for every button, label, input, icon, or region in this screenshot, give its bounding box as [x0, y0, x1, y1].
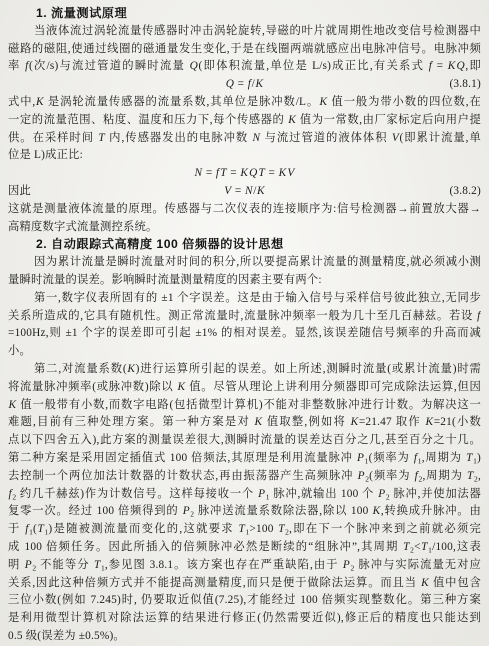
text-line: 于 f1(T1)是随被测流量而变化的,这就要求 T1>100 T2,即在下一个脉… — [8, 521, 481, 539]
equation-number: (3.8.1) — [449, 76, 481, 94]
math-variable: T — [98, 132, 105, 144]
subscript: 2 — [351, 563, 355, 572]
text-line: 点以下四舍五入),此方案的测量误差很大,测瞬时流量的误差达百分之几,甚至百分之十… — [8, 432, 481, 450]
subscript: 2 — [285, 528, 289, 537]
math-variable: K — [240, 167, 249, 179]
subscript: 2 — [365, 474, 369, 483]
subscript: 1 — [101, 563, 105, 572]
formula-expression: Q = f/K — [221, 78, 267, 90]
math-variable: T — [93, 559, 100, 571]
math-variable: N — [244, 185, 253, 197]
math-variable: N — [252, 132, 261, 144]
section-heading: 2. 自动跟踪式高精度 100 倍频器的设计思想 — [8, 236, 481, 254]
text-line: 将流量脉冲频率(或脉冲数)除以 K 值。尽管从理论上讲利用分频器即可完成除法运算… — [8, 379, 481, 397]
text-line: 因为累计流量是瞬时流量对时间的积分,所以要提高累计流量的测量精度,就必须减小测 — [8, 254, 481, 272]
text-line: 关系,因此这种倍频方式并不能提高测量精度,而只是便于做除法运算。而且当 K 值中… — [8, 575, 481, 593]
subscript: 2 — [190, 510, 194, 519]
text-line: 复零一次。经过 100 倍频得到的 P2 脉冲送流量系数除法器,除以 100 K… — [8, 503, 481, 521]
subscript: 1 — [473, 456, 477, 465]
formula-expression: V = N/K — [220, 185, 270, 197]
text-line: 式中,K 是涡轮流量传感器的流量系数,其单位是脉冲数/L。K 值一般为带小数的四… — [8, 94, 481, 112]
math-variable: Q — [225, 78, 234, 90]
text-line: 去控制一个两位加法计数器的计数状态,再由振荡器产生高频脉冲 P2(频率为 f2,… — [8, 468, 481, 486]
math-variable: T — [258, 167, 265, 179]
math-variable: K — [421, 577, 430, 589]
subscript: 1 — [266, 492, 270, 501]
math-variable: Q — [456, 60, 465, 72]
text-line: 明 P2 不能等分 T1,参见图 3.8.1。该方案也存在严重缺陷,由于 P2 … — [8, 557, 481, 575]
formula-line: 因此V = N/K(3.8.2) — [8, 183, 481, 201]
subscript: 1 — [418, 456, 422, 465]
subscript: 2 — [32, 563, 36, 572]
text-line: 磁路的磁阻,使通过线圈的磁通量发生变化,于是在线圈两端就感应出电脉冲信号。电脉冲… — [8, 41, 481, 59]
equation-number: (3.8.2) — [449, 183, 481, 201]
text-line: 第一,数字仪表所固有的 ±1 个字误差。这是由于输入信号与采样信号彼此独立,无同… — [8, 290, 481, 308]
text-line: 三位小数(例如 7.245)时, 仍要取近似值(7.25),才能经过 100 倍… — [8, 592, 481, 610]
math-variable: Q — [189, 60, 198, 72]
subscript: 2 — [410, 545, 414, 554]
math-variable: K — [177, 381, 186, 393]
math-variable: K — [278, 167, 287, 179]
math-variable: K — [447, 60, 456, 72]
subscript: 1 — [29, 528, 33, 537]
math-variable: f — [428, 60, 432, 72]
text-line: 这就是测量液体流量的原理。传感器与二次仪表的连接顺序为:信号检测器→前置放大器→ — [8, 201, 481, 219]
formula-lead-text: 因此 — [8, 183, 31, 201]
math-variable: K — [372, 505, 381, 517]
scanned-document-page: 1. 流量测试原理当液体流过涡轮流量传感器时冲击涡轮旋转,导磁的叶片就周期性地改… — [0, 0, 489, 646]
text-line: 第二种方案是采用固定插值式 100 倍频法,其原理是利用流量脉冲 P1(频率为 … — [8, 450, 481, 468]
math-variable: K — [127, 363, 136, 375]
section-heading: 1. 流量测试原理 — [8, 5, 481, 23]
text-line: 一定的流量范围、粘度、温度和压力下,每个传感器的 K 值为一常数,由厂家标定后向… — [8, 112, 481, 130]
text-line: 位是 L)成正比: — [8, 147, 481, 165]
math-variable: K — [35, 96, 44, 108]
text-line: K 值一般带有小数,而数字电路(包括微型计算机)不能对非整数脉冲进行计数。为解决… — [8, 397, 481, 415]
subscript: 1 — [428, 545, 432, 554]
math-variable: K — [255, 78, 264, 90]
formula-line: Q = f/K(3.8.1) — [8, 76, 481, 94]
math-variable: K — [288, 114, 297, 126]
text-line: 当液体流过涡轮流量传感器时冲击涡轮旋转,导磁的叶片就周期性地改变信号检测器中 — [8, 23, 481, 41]
math-variable: T — [466, 452, 473, 464]
text-line: 是利用微型计算机对除法运算的结果进行修正(仍然需要近似),修正后的精度也只能达到 — [8, 610, 481, 628]
math-variable: P — [357, 452, 365, 464]
math-variable: f — [477, 310, 481, 322]
subscript: 2 — [419, 474, 423, 483]
math-variable: K — [254, 416, 263, 428]
text-line: =100Hz,则 ±1 个字的误差即可引起 ±1% 的相对误差。显然,该误差随信… — [8, 325, 481, 343]
math-variable: T — [220, 167, 227, 179]
math-variable: f — [247, 78, 251, 90]
text-line: 难题,目前有三种处理方案。第一种方案是对 K 值取整,例如将 K=21.47 取… — [8, 414, 481, 432]
text-line: 率 f(次/s)与流过管道的瞬时流量 Q(即体积流量,单位是 L/s)成正比,有… — [8, 58, 481, 76]
subscript: 1 — [245, 528, 249, 537]
math-variable: K — [8, 399, 17, 411]
math-variable: P — [258, 488, 266, 500]
text-line: 关系所造成的,它具有随机性。测正常流量时,流量脉冲频率一般为几十至几百赫兹。若设… — [8, 308, 481, 326]
subscript: 2 — [474, 474, 478, 483]
math-variable: f — [25, 60, 29, 72]
math-variable: Q — [249, 167, 258, 179]
text-line: 量瞬时流量的误差。影响瞬时流量测量精度的因素主要有两个: — [8, 272, 481, 290]
subscript: 2 — [386, 492, 390, 501]
text-line: 0.5 级(误差为 ±0.5%)。 — [8, 628, 481, 646]
math-variable: K — [319, 96, 328, 108]
subscript: 2 — [12, 492, 16, 501]
text-line: 供。在采样时间 T 内,传感器发出的电脉冲数 N 与流过管道的液体体积 V(即累… — [8, 130, 481, 148]
math-variable: P — [342, 559, 350, 571]
math-variable: N — [194, 167, 203, 179]
math-variable: V — [391, 132, 399, 144]
text-line: 高精度数字式流量测控系统。 — [8, 219, 481, 237]
math-variable: P — [357, 470, 365, 482]
text-line: 小。 — [8, 343, 481, 361]
math-variable: K — [350, 416, 359, 428]
formula-line: N = fT = KQT = KV — [8, 165, 481, 183]
math-variable: K — [425, 416, 434, 428]
math-variable: K — [257, 185, 266, 197]
math-variable: V — [224, 185, 232, 197]
math-variable: V — [287, 167, 295, 179]
document-body: 1. 流量测试原理当液体流过涡轮流量传感器时冲击涡轮旋转,导磁的叶片就周期性地改… — [8, 5, 481, 646]
math-variable: P — [378, 488, 386, 500]
text-line: 第二,对流量系数(K)进行运算所引起的误差。如上所述,测瞬时流量(或累计流量)时… — [8, 361, 481, 379]
text-line: 成 100 倍频任务。因此所插入的倍频脉冲必然是断续的“组脉冲”,其周期 T2<… — [8, 539, 481, 557]
subscript: 1 — [365, 456, 369, 465]
subscript: 1 — [44, 528, 48, 537]
text-line: f2 约几千赫兹)作为计数信号。这样每接收一个 P1 脉冲,就输出 100 个 … — [8, 486, 481, 504]
formula-expression: N = fT = KQT = KV — [190, 167, 299, 179]
math-variable: T — [467, 470, 474, 482]
